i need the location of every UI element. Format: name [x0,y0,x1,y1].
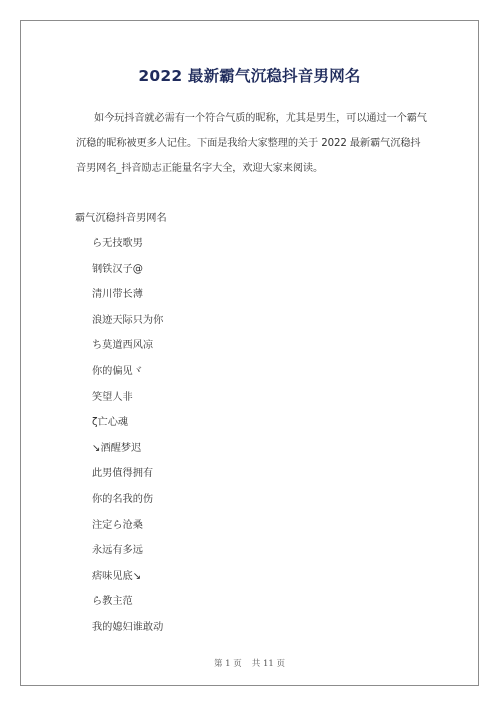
list-item: 浪迹天际只为你 [92,313,163,339]
list-item: ら教主范 [92,594,163,620]
list-item: 此男值得拥有 [92,466,163,492]
section-heading: 霸气沉稳抖音男网名 [75,209,167,224]
list-item: 你的偏见ヾ [92,364,163,390]
list-item: 注定ら沧桑 [92,518,163,544]
list-item: 钢铁汉子@ [92,262,163,288]
list-item: 痞味见底↘ [92,569,163,595]
list-item: 笑望人非 [92,390,163,416]
list-item: 永远有多远 [92,543,163,569]
list-item: 我的媳妇谁敢动 [92,620,163,646]
total-pages-label: 共 11 页 [252,659,285,669]
list-item: ら无技歌男 [92,236,163,262]
list-item: ↘酒醒梦迟 [92,441,163,467]
list-item: ち莫道西风凉 [92,338,163,364]
list-item: 你的名我的伤 [92,492,163,518]
document-title: 2022 最新霸气沉稳抖音男网名 [21,64,478,86]
nickname-list: ら无技歌男 钢铁汉子@ 清川带长薄 浪迹天际只为你 ち莫道西风凉 你的偏见ヾ 笑… [92,236,163,646]
page-footer: 第 1 页共 11 页 [21,657,478,669]
list-item: 清川带长薄 [92,287,163,313]
list-item: ζ亡心魂 [92,415,163,441]
current-page-label: 第 1 页 [214,659,242,669]
document-page: 2022 最新霸气沉稳抖音男网名 如今玩抖音就必需有一个符合气质的昵称，尤其是男… [20,20,479,686]
intro-paragraph: 如今玩抖音就必需有一个符合气质的昵称，尤其是男生，可以通过一个霸气沉稳的昵称被更… [76,106,428,181]
